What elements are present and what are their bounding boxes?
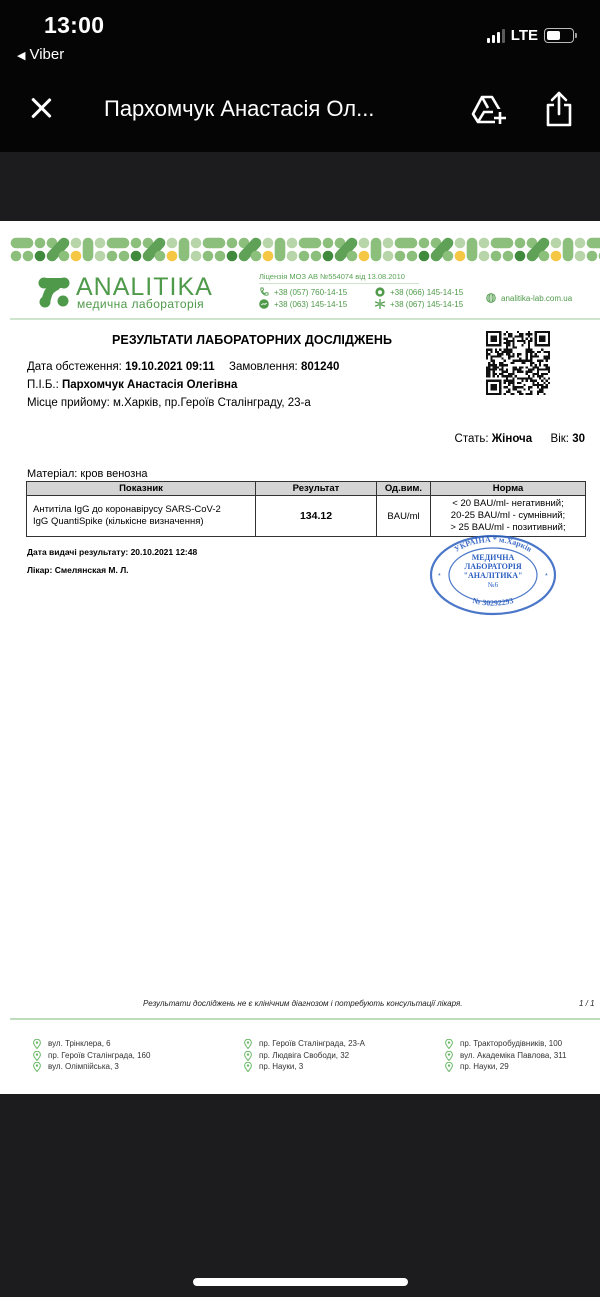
- norm-cell: < 20 BAU/ml- негативний; 20-25 BAU/ml - …: [431, 496, 586, 537]
- issue-date-line: Дата видачі результату: 20.10.2021 12:48: [27, 547, 197, 557]
- decorative-dot-pattern: [10, 236, 600, 264]
- address-column-2: пр. Героїв Сталінграда, 23-А пр. Людвіга…: [244, 1038, 365, 1073]
- col-result: Результат: [256, 482, 377, 496]
- patient-name-line: П.І.Б.: Пархомчук Анастасія Олегівна: [27, 379, 237, 391]
- exam-date: 19.10.2021 09:11: [125, 361, 215, 373]
- svg-text:*: *: [438, 573, 441, 580]
- top-bar: 13:00 ◀Viber LTE Пархомчук Анастасія Ол.…: [0, 0, 600, 152]
- contact-phone-3: +38 (066) 145-14-15: [375, 287, 463, 297]
- logo-mark-icon: [38, 276, 70, 308]
- status-indicators: LTE: [487, 27, 574, 44]
- col-indicator: Показник: [27, 482, 256, 496]
- sex-age-line: Стать: Жіноча Вік: 30: [455, 433, 585, 445]
- google-drive-add-icon[interactable]: [471, 93, 507, 125]
- contact-phone-2: +38 (063) 145-14-15: [259, 299, 347, 309]
- table-row: Антитіла IgG до коронавірусу SARS-CoV-2 …: [27, 496, 586, 537]
- back-triangle-icon: ◀: [17, 49, 25, 62]
- address-item: пр. Героїв Сталінграда, 23-А: [244, 1038, 365, 1050]
- phone-icon: [259, 287, 269, 297]
- location-pin-icon: [244, 1039, 252, 1049]
- address-item: пр. Науки, 3: [244, 1061, 365, 1073]
- location-pin-icon: [445, 1039, 453, 1049]
- report-title: РЕЗУЛЬТАТИ ЛАБОРАТОРНИХ ДОСЛІДЖЕНЬ: [112, 333, 392, 347]
- document-title: Пархомчук Анастасія Ол...: [104, 96, 374, 122]
- material-line: Матеріал: кров венозна: [27, 468, 148, 480]
- globe-icon: [486, 293, 496, 303]
- address-item: пр. Тракторобудівників, 100: [445, 1038, 567, 1050]
- disclaimer: Результати досліджень не є клінічним діа…: [143, 999, 462, 1008]
- location-pin-icon: [33, 1051, 41, 1061]
- footer-divider: [10, 1018, 600, 1020]
- back-to-app-link[interactable]: ◀Viber: [17, 46, 64, 63]
- brand-subtitle: медична лабораторія: [77, 297, 204, 311]
- contact-phone-4: +38 (067) 145-14-15: [375, 299, 463, 309]
- license-text: Ліцензія МОЗ АВ №554074 від 13.08.2010: [259, 272, 405, 281]
- order-number: 801240: [301, 361, 339, 373]
- location-pin-icon: [244, 1051, 252, 1061]
- status-time: 13:00: [44, 12, 104, 39]
- location-pin-icon: [445, 1051, 453, 1061]
- table-header-row: Показник Результат Од.вим. Норма: [27, 482, 586, 496]
- document-page: ANALITIKA медична лабораторія Ліцензія М…: [0, 221, 600, 1094]
- reception-place: м.Харків, пр.Героїв Сталінграду, 23-а: [113, 397, 311, 409]
- contact-website[interactable]: analitika-lab.com.ua: [486, 293, 572, 303]
- location-pin-icon: [33, 1039, 41, 1049]
- address-column-3: пр. Тракторобудівників, 100 вул. Академі…: [445, 1038, 567, 1073]
- address-column-1: вул. Трінклера, 6 пр. Героїв Сталінграда…: [33, 1038, 150, 1073]
- unit-cell: BAU/ml: [377, 496, 431, 537]
- issue-date: 20.10.2021 12:48: [131, 547, 198, 557]
- location-pin-icon: [445, 1062, 453, 1072]
- signal-icon: [487, 29, 505, 43]
- result-cell: 134.12: [256, 496, 377, 537]
- network-type: LTE: [511, 27, 538, 44]
- address-item: пр. Героїв Сталінграда, 160: [33, 1050, 150, 1062]
- kyivstar-icon: [375, 299, 385, 309]
- address-item: вул. Академіка Павлова, 311: [445, 1050, 567, 1062]
- license-divider: [259, 283, 419, 284]
- qr-code: [486, 331, 550, 395]
- exam-info: Дата обстеження: 19.10.2021 09:11 Замовл…: [27, 361, 339, 373]
- col-unit: Од.вим.: [377, 482, 431, 496]
- page-number: 1 / 1: [579, 999, 595, 1008]
- reception-place-line: Місце прийому: м.Харків, пр.Героїв Сталі…: [27, 397, 311, 409]
- patient-sex: Жіноча: [492, 433, 532, 445]
- home-indicator[interactable]: [193, 1278, 408, 1286]
- svg-text:ЛАБОРАТОРІЯ: ЛАБОРАТОРІЯ: [464, 562, 522, 571]
- svg-text:*: *: [545, 573, 548, 580]
- indicator-cell: Антитіла IgG до коронавірусу SARS-CoV-2 …: [27, 496, 256, 537]
- back-app-label: Viber: [29, 46, 64, 63]
- patient-name: Пархомчук Анастасія Олегівна: [62, 379, 237, 391]
- address-item: вул. Трінклера, 6: [33, 1038, 150, 1050]
- patient-age: 30: [572, 433, 585, 445]
- location-pin-icon: [33, 1062, 41, 1072]
- address-item: пр. Науки, 29: [445, 1061, 567, 1073]
- address-item: пр. Людвіга Свободи, 32: [244, 1050, 365, 1062]
- svg-text:"АНАЛІТИКА": "АНАЛІТИКА": [464, 571, 523, 580]
- lab-stamp: УКРАЇНА * м.Харків № 30292293 * * МЕДИЧН…: [428, 534, 558, 616]
- doctor-name: Смелянская М. Л.: [55, 565, 129, 575]
- close-button[interactable]: [27, 94, 55, 122]
- results-table: Показник Результат Од.вим. Норма Антитіл…: [26, 481, 586, 537]
- col-norm: Норма: [431, 482, 586, 496]
- lifecell-icon: [259, 299, 269, 309]
- contact-phone-1: +38 (057) 760-14-15: [259, 287, 347, 297]
- address-item: вул. Олімпійська, 3: [33, 1061, 150, 1073]
- battery-icon: [544, 28, 574, 43]
- svg-text:УКРАЇНА * м.Харків: УКРАЇНА * м.Харків: [453, 535, 535, 554]
- header-divider: [10, 318, 600, 320]
- svg-text:№6: №6: [488, 581, 499, 589]
- location-pin-icon: [244, 1062, 252, 1072]
- svg-text:МЕДИЧНА: МЕДИЧНА: [472, 553, 515, 562]
- vodafone-icon: [375, 287, 385, 297]
- doctor-line: Лікар: Смелянская М. Л.: [27, 565, 129, 575]
- share-icon[interactable]: [544, 90, 574, 128]
- material-value: кров венозна: [80, 468, 147, 480]
- analitika-logo: ANALITIKA медична лабораторія: [38, 273, 208, 313]
- svg-text:№ 30292293: № 30292293: [472, 596, 515, 608]
